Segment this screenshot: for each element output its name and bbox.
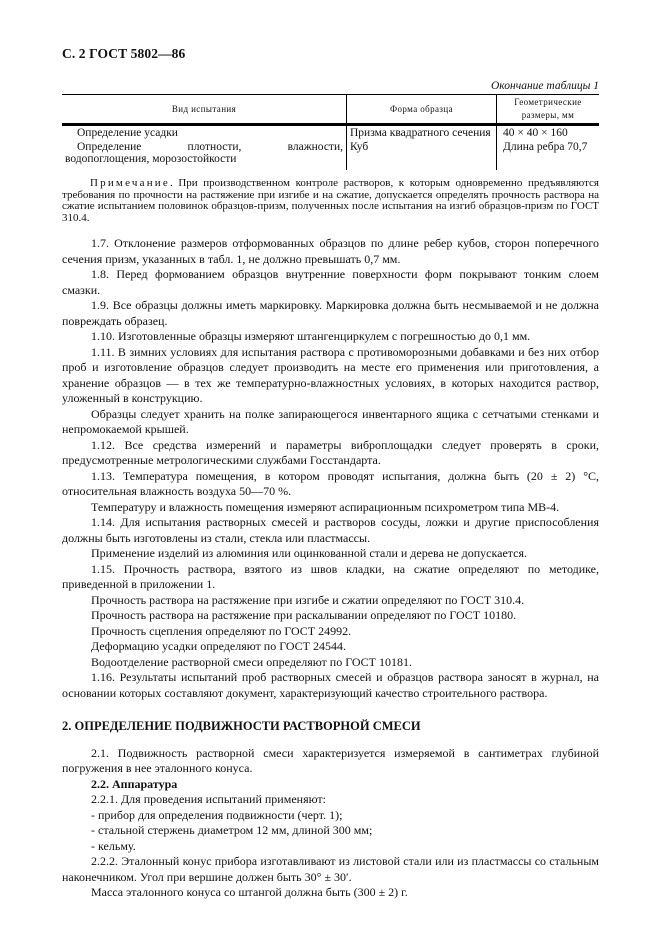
specimen-table: Вид испытания Форма образца Геометрическ… xyxy=(62,94,599,170)
paragraph-storage: Образцы следует хранить на полке запираю… xyxy=(62,407,599,438)
body-text: 1.7. Отклонение размеров отформованных о… xyxy=(62,236,599,901)
table-header-row: Вид испытания Форма образца Геометрическ… xyxy=(62,95,599,125)
column-header-dimensions: Геометрические размеры, мм xyxy=(497,95,600,125)
paragraph-1-10: 1.10. Изготовленные образцы измеряют шта… xyxy=(62,329,599,345)
paragraph-1-16: 1.16. Результаты испытаний проб растворн… xyxy=(62,670,599,701)
subheading-apparatus: 2.2. Аппаратура xyxy=(62,777,599,793)
paragraph-2-1: 2.1. Подвижность растворной смеси характ… xyxy=(62,746,599,777)
document-page: С. 2 ГОСТ 5802—86 Окончание таблицы 1 Ви… xyxy=(0,0,661,936)
running-head: С. 2 ГОСТ 5802—86 xyxy=(62,46,185,62)
paragraph-split-strength: Прочность раствора на растяжение при рас… xyxy=(62,608,599,624)
table-note: Примечание. При производственном контрол… xyxy=(62,178,599,224)
paragraph-2-2-2: 2.2.2. Эталонный конус прибора изготавли… xyxy=(62,854,599,885)
paragraph-shrinkage: Деформацию усадки определяют по ГОСТ 245… xyxy=(62,639,599,655)
paragraph-1-11: 1.11. В зимних условиях для испытания ра… xyxy=(62,345,599,407)
paragraph-materials: Применение изделий из алюминия или оцинк… xyxy=(62,546,599,562)
list-item: - прибор для определения подвижности (че… xyxy=(62,808,599,824)
paragraph-1-8: 1.8. Перед формованием образцов внутренн… xyxy=(62,267,599,298)
paragraph-flex-strength: Прочность раствора на растяжение при изг… xyxy=(62,593,599,609)
paragraph-2-2-1: 2.2.1. Для проведения испытаний применяю… xyxy=(62,792,599,808)
cell-dimensions: 40 × 40 × 160 xyxy=(497,125,600,140)
paragraph-1-12: 1.12. Все средства измерений и параметры… xyxy=(62,438,599,469)
note-label: Примечание xyxy=(90,177,170,189)
paragraph-1-15: 1.15. Прочность раствора, взятого из шво… xyxy=(62,562,599,593)
table-caption: Окончание таблицы 1 xyxy=(491,80,599,92)
paragraph-1-7: 1.7. Отклонение размеров отформованных о… xyxy=(62,236,599,267)
cell-test-type: Определение плотности, влажности, водопо… xyxy=(62,140,347,170)
column-header-sample-form: Форма образца xyxy=(347,95,497,125)
cell-sample-form: Куб xyxy=(347,140,497,170)
column-header-test-type: Вид испытания xyxy=(62,95,347,125)
paragraph-psychrometer: Температуру и влажность помещения измеря… xyxy=(62,500,599,516)
paragraph-water-separation: Водоотделение растворной смеси определяю… xyxy=(62,655,599,671)
paragraph-1-13: 1.13. Температура помещения, в котором п… xyxy=(62,469,599,500)
paragraph-cone-mass: Масса эталонного конуса со штангой должн… xyxy=(62,885,599,901)
paragraph-adhesion: Прочность сцепления определяют по ГОСТ 2… xyxy=(62,624,599,640)
paragraph-1-14: 1.14. Для испытания растворных смесей и … xyxy=(62,515,599,546)
cell-sample-form: Призма квадратного сечения xyxy=(347,125,497,140)
list-item: - кельму. xyxy=(62,839,599,855)
table-row: Определение усадки Призма квадратного се… xyxy=(62,125,599,140)
cell-dimensions: Длина ребра 70,7 xyxy=(497,140,600,170)
cell-test-type: Определение усадки xyxy=(62,125,347,140)
table-row: Определение плотности, влажности, водопо… xyxy=(62,140,599,170)
list-item: - стальной стержень диаметром 12 мм, дли… xyxy=(62,823,599,839)
paragraph-1-9: 1.9. Все образцы должны иметь маркировку… xyxy=(62,298,599,329)
section-title: 2. ОПРЕДЕЛЕНИЕ ПОДВИЖНОСТИ РАСТВОРНОЙ СМ… xyxy=(62,719,599,735)
